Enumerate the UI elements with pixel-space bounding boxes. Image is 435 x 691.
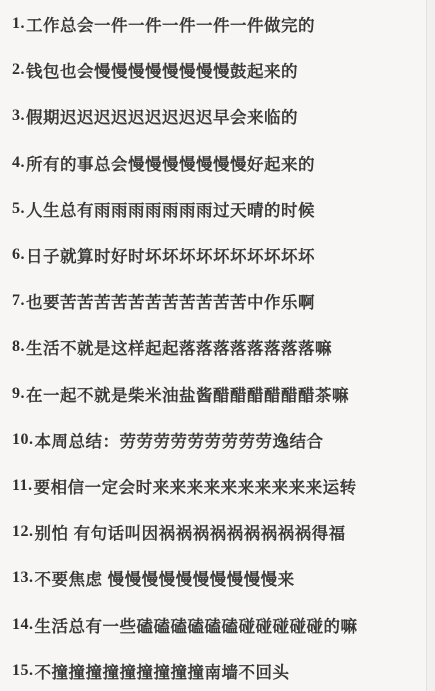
line-text: 假期迟迟迟迟迟迟迟迟迟早会来临的 — [26, 104, 298, 128]
line-text: 也要苦苦苦苦苦苦苦苦苦苦苦中作乐啊 — [26, 289, 315, 313]
line-text: 生活不就是这样起起落落落落落落落落嘛 — [26, 335, 332, 359]
line-number: 9. — [12, 385, 25, 403]
line-text: 日子就算时好时坏坏坏坏坏坏坏坏坏坏 — [26, 243, 315, 267]
line-text: 所有的事总会慢慢慢慢慢慢慢好起来的 — [26, 151, 315, 175]
line-number: 15. — [12, 662, 34, 680]
line-number: 6. — [12, 246, 25, 264]
line-text: 人生总有雨雨雨雨雨雨雨过天晴的时候 — [26, 197, 315, 221]
list-line: 12.别怕 有句话叫因祸祸祸祸祸祸祸祸祸得福 — [12, 509, 426, 555]
line-number: 4. — [12, 154, 25, 172]
line-number: 7. — [12, 292, 25, 310]
line-number: 14. — [12, 616, 34, 634]
line-number: 2. — [12, 61, 25, 79]
line-number: 1. — [12, 15, 25, 33]
line-number: 5. — [12, 200, 25, 218]
list-line: 7.也要苦苦苦苦苦苦苦苦苦苦苦中作乐啊 — [12, 278, 426, 324]
line-text: 钱包也会慢慢慢慢慢慢慢慢鼓起来的 — [26, 58, 298, 82]
list-line: 10.本周总结：劳劳劳劳劳劳劳劳劳逸结合 — [12, 417, 426, 463]
line-text: 生活总有一些磕磕磕磕磕磕碰碰碰碰碰的嘛 — [35, 613, 358, 637]
list-line: 14.生活总有一些磕磕磕磕磕磕碰碰碰碰碰的嘛 — [12, 601, 426, 647]
list-line: 8.生活不就是这样起起落落落落落落落落嘛 — [12, 324, 426, 370]
line-text: 要相信一定会时来来来来来来来来来来运转 — [34, 474, 357, 498]
list-line: 3.假期迟迟迟迟迟迟迟迟迟早会来临的 — [12, 93, 426, 139]
list-line: 5.人生总有雨雨雨雨雨雨雨过天晴的时候 — [12, 186, 426, 232]
list-line: 6.日子就算时好时坏坏坏坏坏坏坏坏坏坏 — [12, 232, 426, 278]
line-text: 工作总会一件一件一件一件一件做完的 — [26, 12, 315, 36]
line-text: 本周总结：劳劳劳劳劳劳劳劳劳逸结合 — [35, 428, 324, 452]
list-line: 9.在一起不就是柴米油盐酱醋醋醋醋醋醋茶嘛 — [12, 371, 426, 417]
list-line: 15.不撞撞撞撞撞撞撞撞撞南墙不回头 — [12, 648, 426, 691]
line-text: 在一起不就是柴米油盐酱醋醋醋醋醋醋茶嘛 — [26, 382, 349, 406]
line-number: 13. — [12, 569, 34, 587]
list-line: 4.所有的事总会慢慢慢慢慢慢慢好起来的 — [12, 140, 426, 186]
list-line: 11.要相信一定会时来来来来来来来来来来运转 — [12, 463, 426, 509]
line-number: 8. — [12, 338, 25, 356]
line-number: 10. — [12, 431, 34, 449]
text-list: 1.工作总会一件一件一件一件一件做完的2.钱包也会慢慢慢慢慢慢慢慢鼓起来的3.假… — [0, 0, 426, 691]
list-line: 1.工作总会一件一件一件一件一件做完的 — [12, 1, 426, 47]
line-text: 不要焦虑 慢慢慢慢慢慢慢慢慢慢来 — [35, 566, 295, 590]
list-line: 2.钱包也会慢慢慢慢慢慢慢慢鼓起来的 — [12, 47, 426, 93]
line-number: 3. — [12, 107, 25, 125]
line-text: 不撞撞撞撞撞撞撞撞撞南墙不回头 — [35, 659, 290, 683]
line-number: 11. — [12, 477, 33, 495]
list-line: 13.不要焦虑 慢慢慢慢慢慢慢慢慢慢来 — [12, 555, 426, 601]
page-right-edge — [426, 0, 435, 691]
line-number: 12. — [12, 523, 34, 541]
line-text: 别怕 有句话叫因祸祸祸祸祸祸祸祸祸得福 — [35, 520, 346, 544]
